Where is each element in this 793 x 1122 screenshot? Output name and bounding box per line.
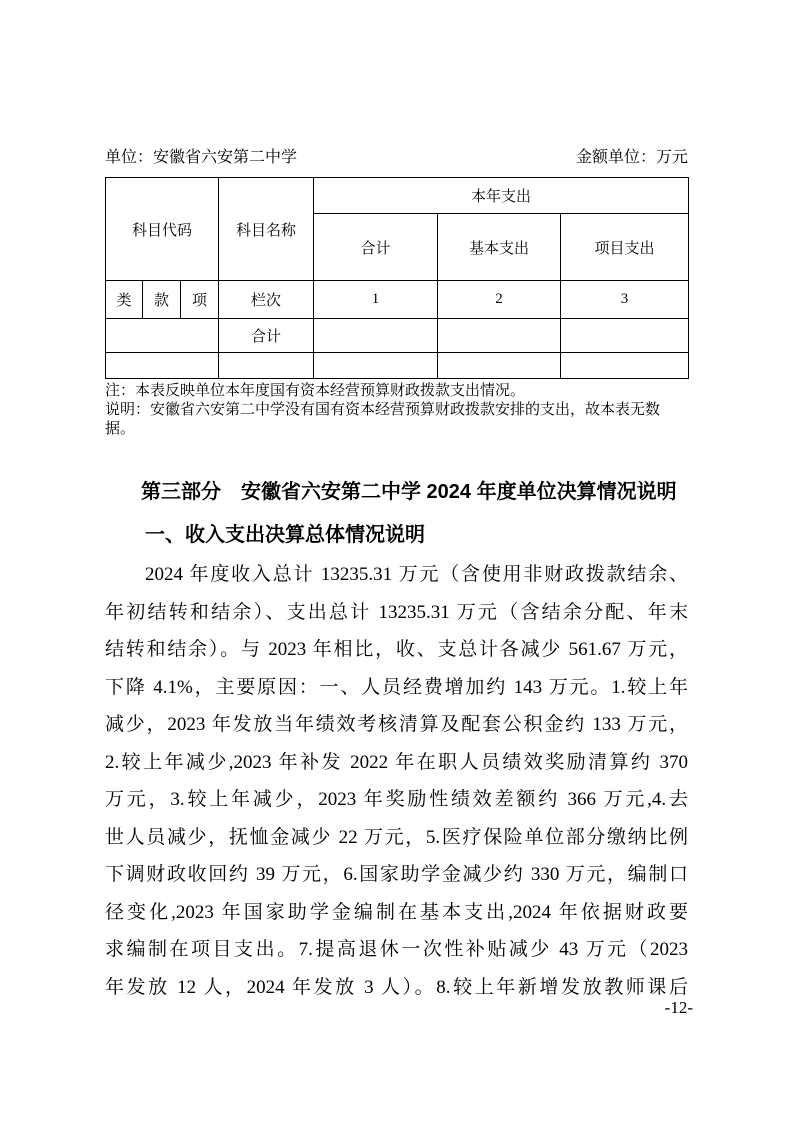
paragraph-line: 结转和结余）。与 2023 年相比，收、支总计各减少 561.67 万元，: [105, 631, 688, 669]
cell-column-2: 2: [438, 281, 561, 319]
unit-label: 单位：安徽省六安第二中学: [105, 148, 297, 168]
cell-code-item: 项: [181, 281, 219, 319]
cell-code-class: 类: [106, 281, 143, 319]
header-subject-code: 科目代码: [106, 178, 219, 281]
table-notes: 注：本表反映单位本年度国有资本经营预算财政拨款支出情况。 说明：安徽省六安第二中…: [105, 382, 688, 439]
empty-row-total: [314, 353, 438, 379]
paragraph-line: 下调财政收回约 39 万元，6.国家助学金减少约 330 万元，编制口: [105, 856, 688, 894]
total-row-name: 合计: [219, 319, 314, 353]
paragraph-line: 2.较上年减少,2023 年补发 2022 年在职人员绩效奖励清算约 370: [105, 744, 688, 782]
total-row-project: [561, 319, 689, 353]
table-row-empty: [106, 353, 689, 379]
header-total: 合计: [314, 214, 438, 281]
paragraph-line: 年初结转和结余）、支出总计 13235.31 万元（含结余分配、年末: [105, 594, 688, 632]
empty-row-code: [106, 353, 219, 379]
empty-row-name: [219, 353, 314, 379]
cell-column-3: 3: [561, 281, 689, 319]
table-meta-row: 单位：安徽省六安第二中学 金额单位：万元: [105, 148, 688, 168]
paragraph-line: 世人员减少，抚恤金减少 22 万元，5.医疗保险单位部分缴纳比例: [105, 819, 688, 857]
page-number: -12-: [665, 998, 693, 1018]
paragraph-line: 2024 年度收入总计 13235.31 万元（含使用非财政拨款结余、: [105, 556, 688, 594]
cell-column-1: 1: [314, 281, 438, 319]
cell-column-label: 栏次: [219, 281, 314, 319]
document-page: 单位：安徽省六安第二中学 金额单位：万元 科目代码 科目名称 本年支出 合计 基…: [0, 0, 793, 1122]
table-header-row-1: 科目代码 科目名称 本年支出: [106, 178, 689, 214]
total-row-basic: [438, 319, 561, 353]
content-area: 单位：安徽省六安第二中学 金额单位：万元 科目代码 科目名称 本年支出 合计 基…: [105, 148, 688, 1006]
paragraph-line: 万元，3.较上年减少，2023 年奖励性绩效差额约 366 万元,4.去: [105, 781, 688, 819]
paragraph-line: 减少，2023 年发放当年绩效考核清算及配套公积金约 133 万元，: [105, 706, 688, 744]
empty-row-project: [561, 353, 689, 379]
empty-row-basic: [438, 353, 561, 379]
table-row-total: 合计: [106, 319, 689, 353]
header-subject-name: 科目名称: [219, 178, 314, 281]
header-basic-expenditure: 基本支出: [438, 214, 561, 281]
total-row-total: [314, 319, 438, 353]
paragraph-line: 求编制在项目支出。7.提高退休一次性补贴减少 43 万元（2023: [105, 931, 688, 969]
subsection-title: 一、收入支出决算总体情况说明: [145, 522, 688, 548]
header-current-year-expenditure: 本年支出: [314, 178, 689, 214]
header-project-expenditure: 项目支出: [561, 214, 689, 281]
explanation-line: 说明：安徽省六安第二中学没有国有资本经营预算财政拨款安排的支出，故本表无数据。: [105, 401, 688, 439]
table-row-column-index: 类 款 项 栏次 1 2 3: [106, 281, 689, 319]
body-paragraph: 2024 年度收入总计 13235.31 万元（含使用非财政拨款结余、 年初结转…: [105, 556, 688, 1006]
note-line: 注：本表反映单位本年度国有资本经营预算财政拨款支出情况。: [105, 382, 688, 401]
total-row-code: [106, 319, 219, 353]
cell-code-section: 款: [143, 281, 181, 319]
paragraph-line: 下降 4.1%，主要原因：一、人员经费增加约 143 万元。1.较上年: [105, 669, 688, 707]
amount-unit-label: 金额单位：万元: [576, 148, 688, 168]
part-title: 第三部分 安徽省六安第二中学 2024 年度单位决算情况说明: [141, 479, 688, 505]
paragraph-line: 径变化,2023 年国家助学金编制在基本支出,2024 年依据财政要: [105, 894, 688, 932]
paragraph-line: 年发放 12 人，2024 年发放 3 人）。8.较上年新增发放教师课后: [105, 969, 688, 1007]
budget-table: 科目代码 科目名称 本年支出 合计 基本支出 项目支出 类 款 项 栏次 1 2…: [105, 177, 689, 379]
